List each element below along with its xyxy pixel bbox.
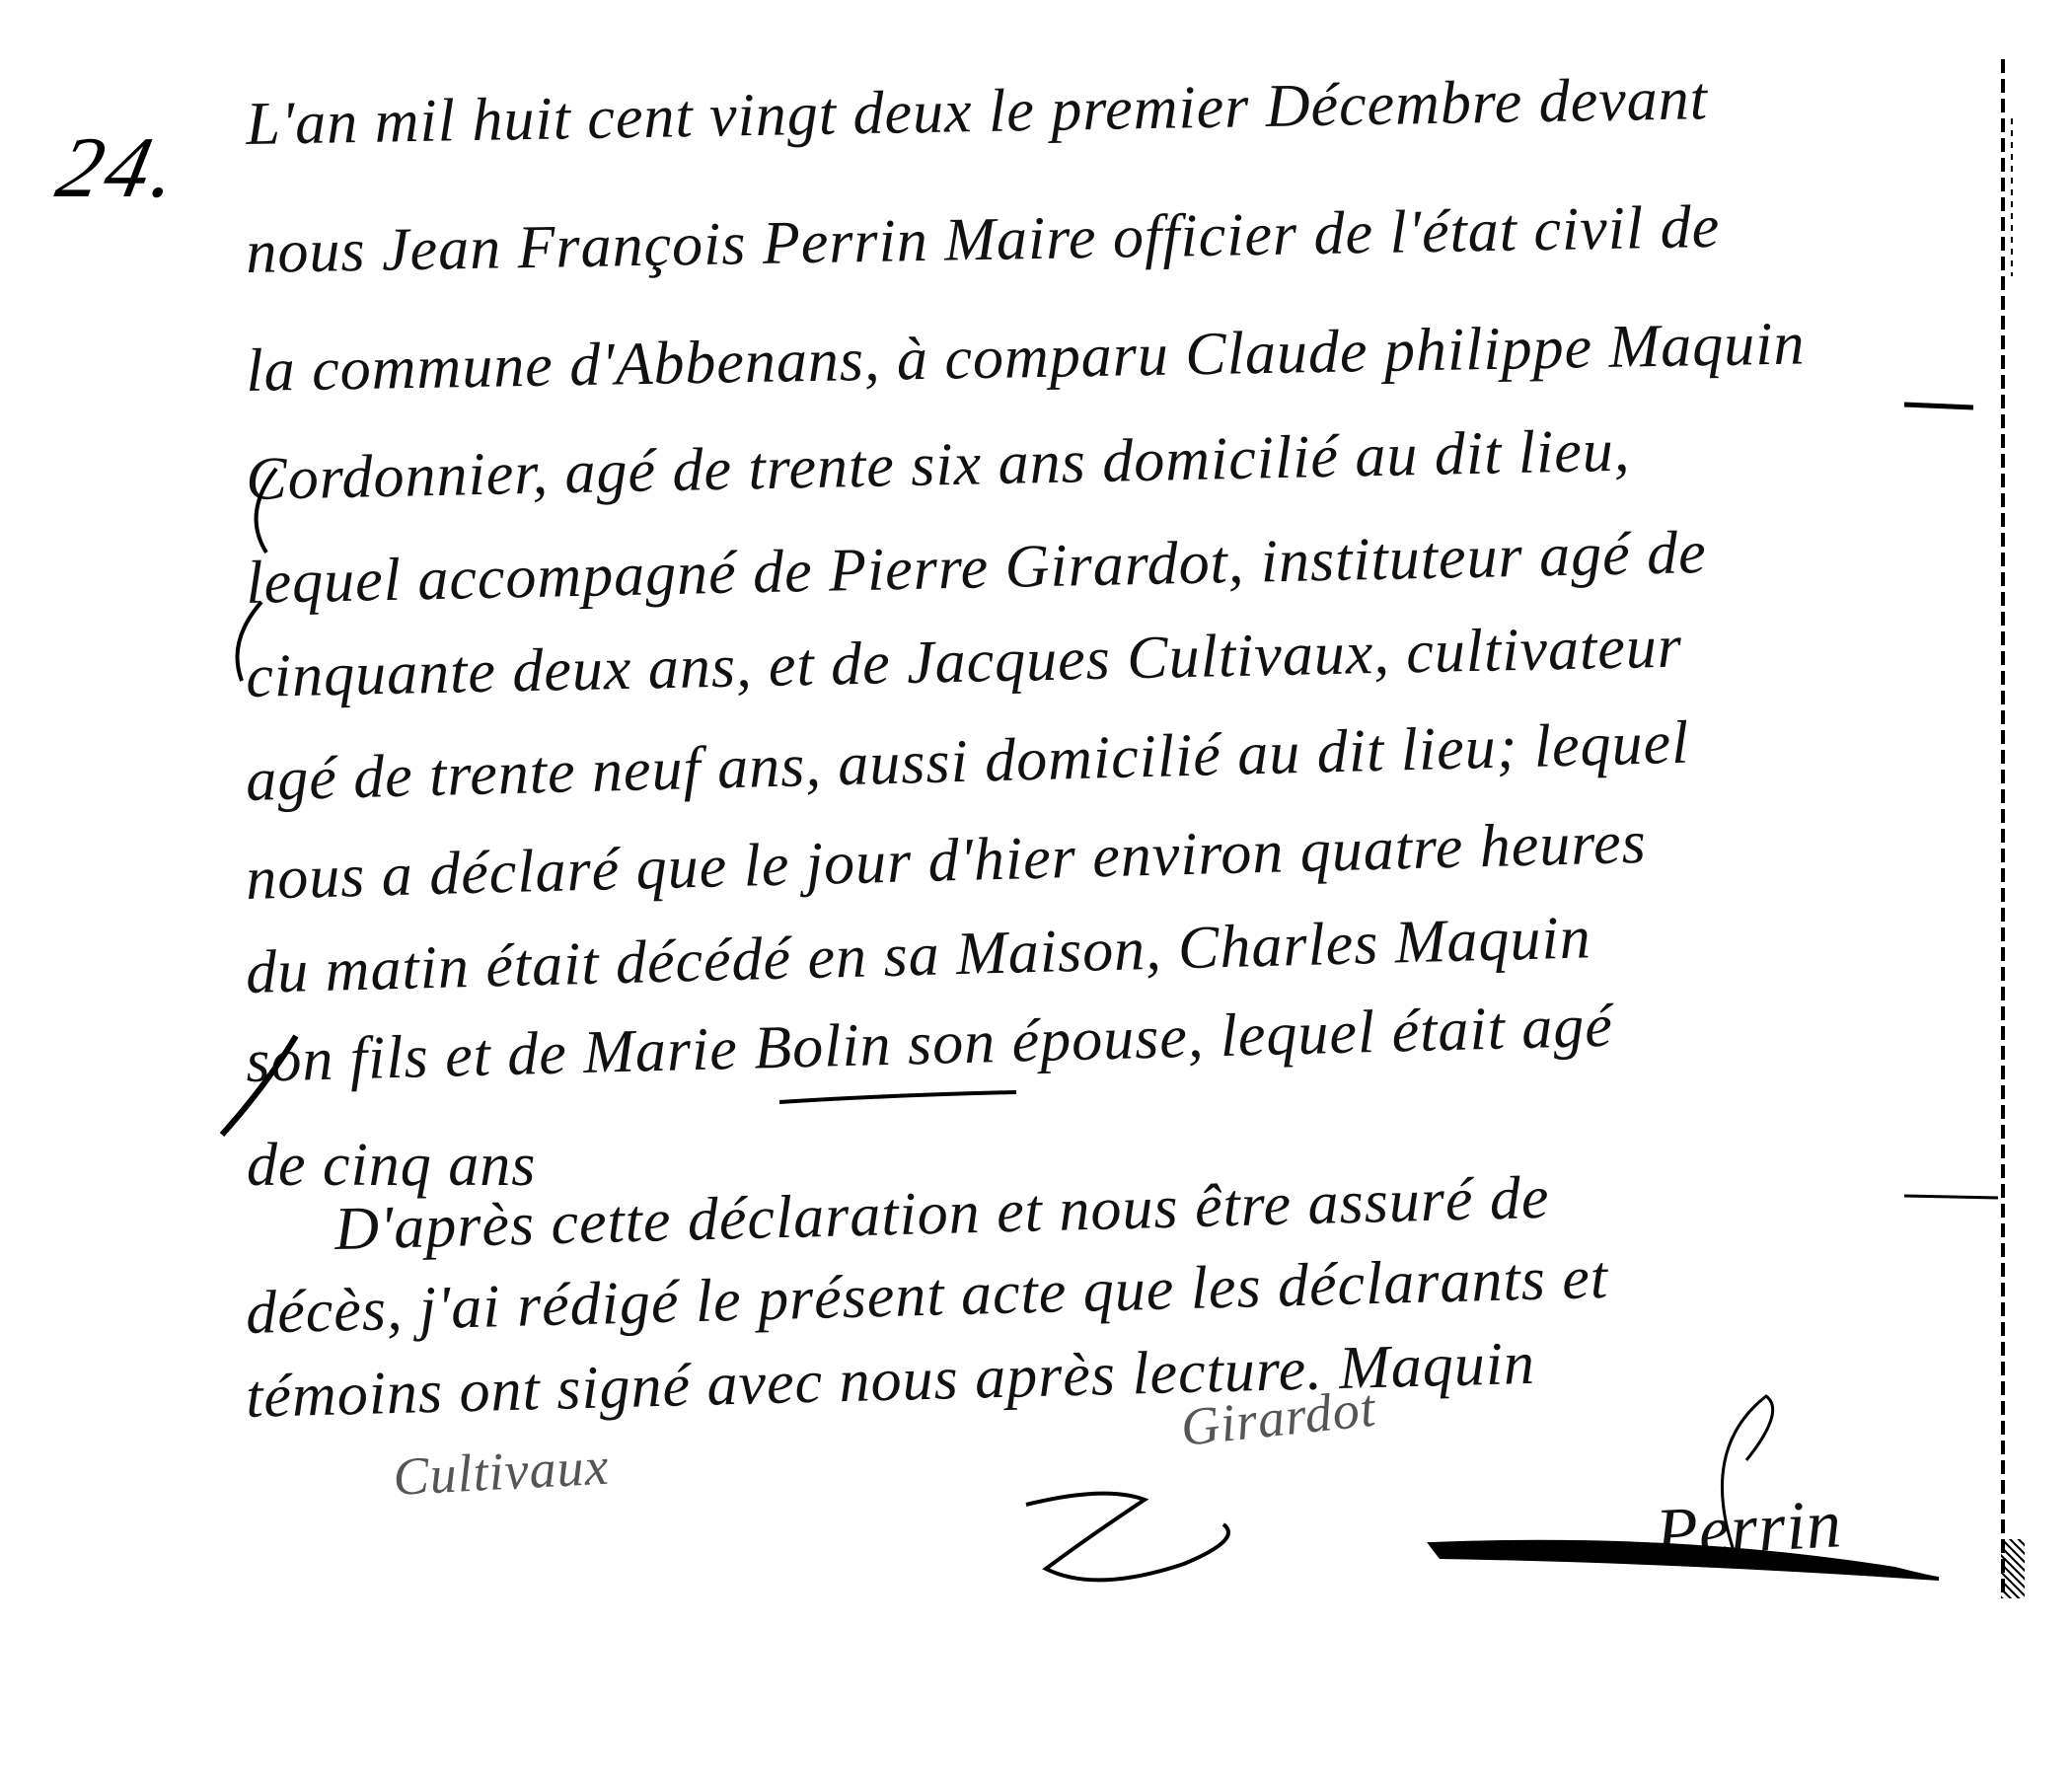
- text-line-4: Cordonnier, agé de trente six ans domici…: [246, 420, 1631, 510]
- text-line-11: de cinq ans: [247, 1135, 536, 1196]
- text-line-9: du matin était décédé en sa Maison, Char…: [245, 907, 1591, 1003]
- text-line-10: son fils et de Marie Bolin son épouse, l…: [245, 996, 1613, 1092]
- margin-dash-1: [1904, 405, 1973, 407]
- entry-number: 24.: [48, 118, 189, 218]
- right-margin-rule: [2001, 59, 2005, 1598]
- margin-dash-2: [1904, 1196, 1998, 1198]
- text-line-13: décès, j'ai rédigé le présent acte que l…: [245, 1247, 1608, 1344]
- signature-perrin: Perrin: [1654, 1490, 1843, 1569]
- text-line-5: lequel accompagné de Pierre Girardot, in…: [246, 522, 1708, 614]
- text-line-2: nous Jean François Perrin Maire officier…: [246, 196, 1721, 283]
- text-line-1: L'an mil huit cent vingt deux le premier…: [246, 68, 1708, 155]
- text-line-8: nous a déclaré que le jour d'hier enviro…: [245, 812, 1647, 910]
- document-page: 24. L'an mil huit cent vingt deux le pre…: [0, 0, 2072, 1775]
- text-line-6: cinquante deux ans, et de Jacques Cultiv…: [246, 617, 1683, 707]
- corner-mark: [2001, 1539, 2025, 1598]
- paraph-flourish-left: [1026, 1494, 1228, 1581]
- underline-stroke: [779, 1092, 1016, 1102]
- signature-cultivaux: Cultivaux: [392, 1440, 610, 1504]
- text-line-3: la commune d'Abbenans, à comparu Claude …: [246, 313, 1806, 402]
- text-line-7: agé de trente neuf ans, aussi domicilié …: [245, 712, 1690, 811]
- right-margin-rule-secondary: [2011, 118, 2013, 276]
